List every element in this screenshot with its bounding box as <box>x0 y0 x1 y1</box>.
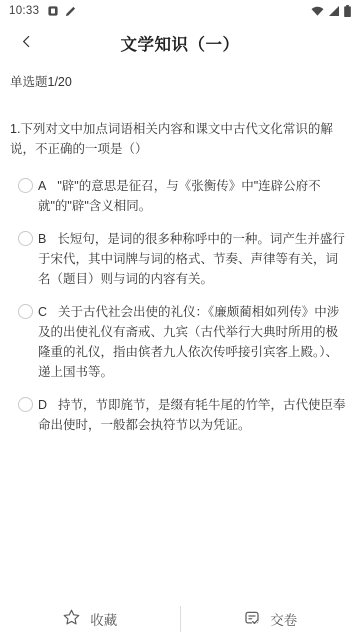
star-icon <box>62 608 81 630</box>
option-content: D持节，节即旄节，是缀有牦牛尾的竹竿，古代使臣奉命出使时，一般都会执符节以为凭证… <box>38 395 348 435</box>
submit-button[interactable]: 交卷 <box>181 598 360 640</box>
paper-check-icon <box>243 609 261 630</box>
option-letter: C <box>38 305 47 319</box>
page-title: 文学知识（一） <box>121 31 240 55</box>
option-text: "辟"的意思是征召，与《张衡传》中"连辟公府不就"的"辟"含义相同。 <box>38 179 321 213</box>
pen-icon <box>65 6 76 17</box>
status-right-icons <box>311 5 351 17</box>
radio-button-icon[interactable] <box>18 304 33 319</box>
header: 文学知识（一） <box>0 22 360 64</box>
radio-button-icon[interactable] <box>18 231 33 246</box>
question-type-counter: 单选题1/20 <box>10 72 350 90</box>
option-text: 关于古代社会出使的礼仪：《廉颇蔺相如列传》中涉及的出使礼仪有斋戒、九宾（古代举行… <box>38 305 339 379</box>
back-button[interactable] <box>13 30 39 56</box>
signal-icon <box>328 6 340 16</box>
option-content: A"辟"的意思是征召，与《张衡传》中"连辟公府不就"的"辟"含义相同。 <box>38 176 348 216</box>
favorite-label: 收藏 <box>90 609 117 629</box>
screenshot-app-icon <box>48 6 58 16</box>
wifi-icon <box>311 6 324 16</box>
option-row[interactable]: C关于古代社会出使的礼仪：《廉颇蔺相如列传》中涉及的出使礼仪有斋戒、九宾（古代举… <box>18 302 348 382</box>
favorite-button[interactable]: 收藏 <box>0 598 180 640</box>
submit-label: 交卷 <box>270 609 297 629</box>
status-left-icons <box>48 6 76 17</box>
radio-button-icon[interactable] <box>18 178 33 193</box>
option-letter: A <box>38 179 46 193</box>
option-row[interactable]: B长短句，是词的很多种称呼中的一种。词产生并盛行于宋代，其中词牌与词的格式、节奏… <box>18 229 348 289</box>
option-content: B长短句，是词的很多种称呼中的一种。词产生并盛行于宋代，其中词牌与词的格式、节奏… <box>38 229 348 289</box>
option-letter: B <box>38 232 46 246</box>
question-text: 1.下列对文中加点词语相关内容和课文中古代文化常识的解说，不正确的一项是（） <box>10 119 350 159</box>
option-row[interactable]: A"辟"的意思是征召，与《张衡传》中"连辟公府不就"的"辟"含义相同。 <box>18 176 348 216</box>
option-row[interactable]: D持节，节即旄节，是缀有牦牛尾的竹竿，古代使臣奉命出使时，一般都会执符节以为凭证… <box>18 395 348 435</box>
battery-icon <box>344 5 351 17</box>
status-bar: 10:33 <box>0 0 360 22</box>
option-text: 长短句，是词的很多种称呼中的一种。词产生并盛行于宋代，其中词牌与词的格式、节奏、… <box>38 232 345 286</box>
chevron-left-icon <box>19 34 34 52</box>
quiz-screen: 10:33 文学知识（一） <box>0 0 360 640</box>
options-list: A"辟"的意思是征召，与《张衡传》中"连辟公府不就"的"辟"含义相同。 B长短句… <box>18 176 348 435</box>
bottom-bar: 收藏 交卷 <box>0 598 360 640</box>
clock: 10:33 <box>9 5 39 17</box>
radio-button-icon[interactable] <box>18 397 33 412</box>
option-letter: D <box>38 398 47 412</box>
option-text: 持节，节即旄节，是缀有牦牛尾的竹竿，古代使臣奉命出使时，一般都会执符节以为凭证。 <box>38 398 346 432</box>
option-content: C关于古代社会出使的礼仪：《廉颇蔺相如列传》中涉及的出使礼仪有斋戒、九宾（古代举… <box>38 302 348 382</box>
